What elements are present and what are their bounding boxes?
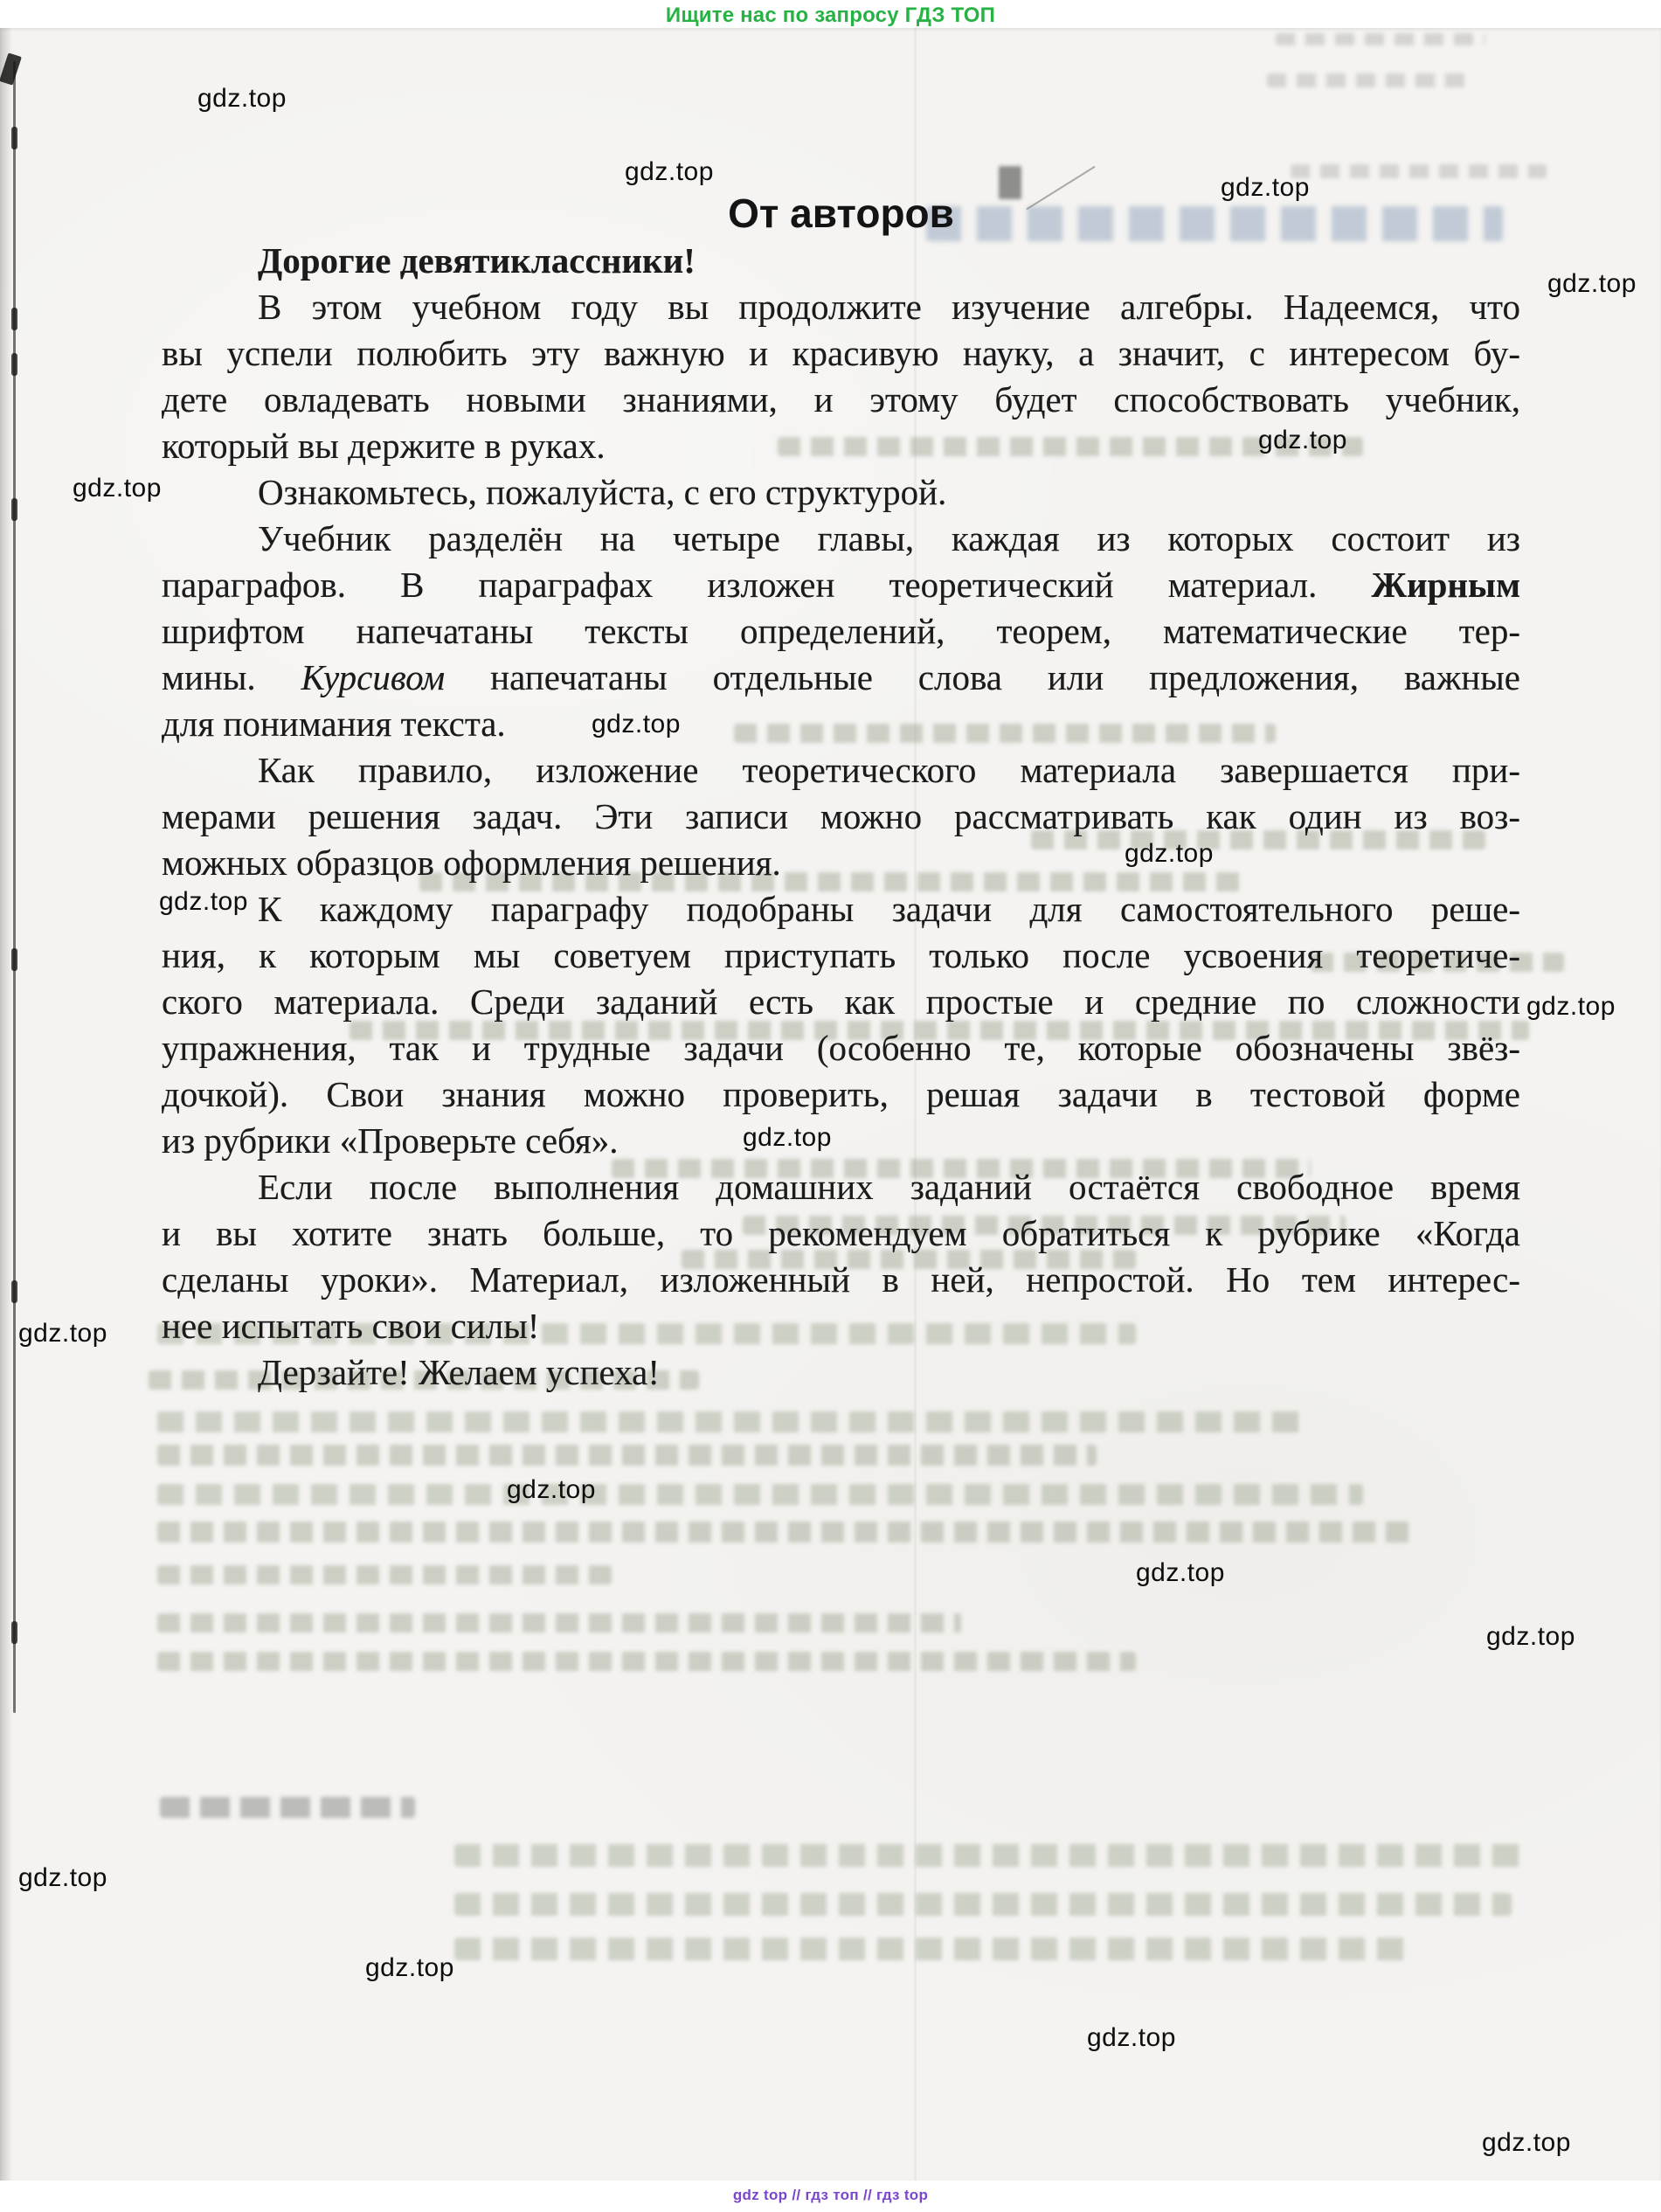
body-line: дете овладевать новыми знаниями, и этому…: [162, 377, 1520, 423]
body-line: параграфов. В параграфах изложен теорети…: [162, 562, 1520, 608]
ghost-line: [160, 1797, 415, 1818]
gdz-watermark: gdz.top: [1482, 2128, 1571, 2158]
body-line: для понимания текста.: [162, 701, 1520, 747]
gdz-watermark: gdz.top: [1221, 173, 1310, 203]
gdz-watermark: gdz.top: [743, 1123, 832, 1153]
gdz-watermark: gdz.top: [1125, 839, 1214, 869]
page-title: От авторов: [162, 190, 1520, 237]
ghost-line: [454, 1893, 1512, 1916]
gdz-watermark: gdz.top: [625, 157, 714, 187]
gdz-watermark: gdz.top: [1087, 2023, 1176, 2053]
body-line: из рубрики «Проверьте себя».: [162, 1118, 1520, 1164]
ghost-line: [1276, 33, 1485, 45]
body-line: ского материала. Среди заданий есть как …: [162, 979, 1520, 1025]
page-left-edge-shadow: [0, 28, 12, 2181]
gdz-watermark: gdz.top: [18, 1319, 107, 1349]
scanned-textbook-page: { "header": { "promo_text": "Ищите нас п…: [0, 0, 1661, 2212]
binding-knot: [11, 948, 17, 971]
body-line: Дорогие девятиклассники!: [162, 238, 1520, 284]
body-line: мины. Курсивом напечатаны отдельные слов…: [162, 655, 1520, 701]
ghost-line: [454, 1844, 1525, 1867]
body-line: шрифтом напечатаны тексты определений, т…: [162, 608, 1520, 655]
binding-knot: [11, 127, 17, 149]
promo-header-text: Ищите нас по запросу ГДЗ ТОП: [0, 3, 1661, 28]
gdz-watermark: gdz.top: [1547, 269, 1637, 299]
gdz-watermark: gdz.top: [365, 1953, 454, 1983]
ghost-line: [454, 1938, 1415, 1960]
gdz-watermark: gdz.top: [1486, 1622, 1575, 1652]
binding-knot: [11, 498, 17, 521]
gdz-watermark: gdz.top: [1136, 1558, 1225, 1588]
ghost-line: [1267, 73, 1468, 87]
gdz-watermark: gdz.top: [73, 474, 162, 503]
body-line: В этом учебном году вы продолжите изучен…: [162, 284, 1520, 330]
body-line: вы успели полюбить эту важную и красивую…: [162, 330, 1520, 377]
gdz-watermark: gdz.top: [507, 1475, 596, 1505]
body-text-column: Дорогие девятиклассники!В этом учебном г…: [162, 238, 1520, 1396]
ghost-line: [157, 1445, 1097, 1466]
body-line: нее испытать свои силы!: [162, 1303, 1520, 1349]
body-line: Учебник разделён на четыре главы, каждая…: [162, 516, 1520, 562]
gdz-watermark: gdz.top: [197, 84, 287, 114]
body-line: упражнения, так и трудные задачи (особен…: [162, 1025, 1520, 1071]
body-line: Ознакомьтесь, пожалуйста, с его структур…: [162, 469, 1520, 516]
body-line: Дерзайте! Желаем успеха!: [162, 1349, 1520, 1396]
ghost-line: [157, 1411, 1311, 1432]
footer-text: gdz top // гдз топ // гдз top: [0, 2187, 1661, 2204]
gdz-watermark: gdz.top: [1526, 992, 1616, 1022]
body-line: и вы хотите знать больше, то рекомендуем…: [162, 1210, 1520, 1257]
gdz-watermark: gdz.top: [159, 887, 248, 917]
gdz-watermark: gdz.top: [18, 1863, 107, 1893]
body-line: Как правило, изложение теоретического ма…: [162, 747, 1520, 794]
body-line: можных образцов оформления решения.: [162, 840, 1520, 886]
binding-knot: [11, 308, 17, 330]
ghost-line: [157, 1652, 1136, 1671]
ghost-line: [157, 1522, 1415, 1543]
body-line: Если после выполнения домашних заданий о…: [162, 1164, 1520, 1210]
binding-knot: [11, 1280, 17, 1303]
body-line: сделаны уроки». Материал, изложенный в н…: [162, 1257, 1520, 1303]
ghost-line: [157, 1484, 1363, 1505]
body-line: мерами решения задач. Эти записи можно р…: [162, 794, 1520, 840]
ghost-line: [157, 1613, 961, 1633]
binding-knot: [11, 1621, 17, 1644]
binding-knot: [11, 353, 17, 376]
body-line: ния, к которым мы советуем приступать то…: [162, 933, 1520, 979]
body-line: К каждому параграфу подобраны задачи для…: [162, 886, 1520, 933]
ghost-line: [1291, 164, 1547, 178]
gdz-watermark: gdz.top: [592, 710, 681, 739]
body-line: дочкой). Свои знания можно проверить, ре…: [162, 1071, 1520, 1118]
gdz-watermark: gdz.top: [1258, 426, 1347, 455]
ghost-line: [157, 1565, 612, 1584]
